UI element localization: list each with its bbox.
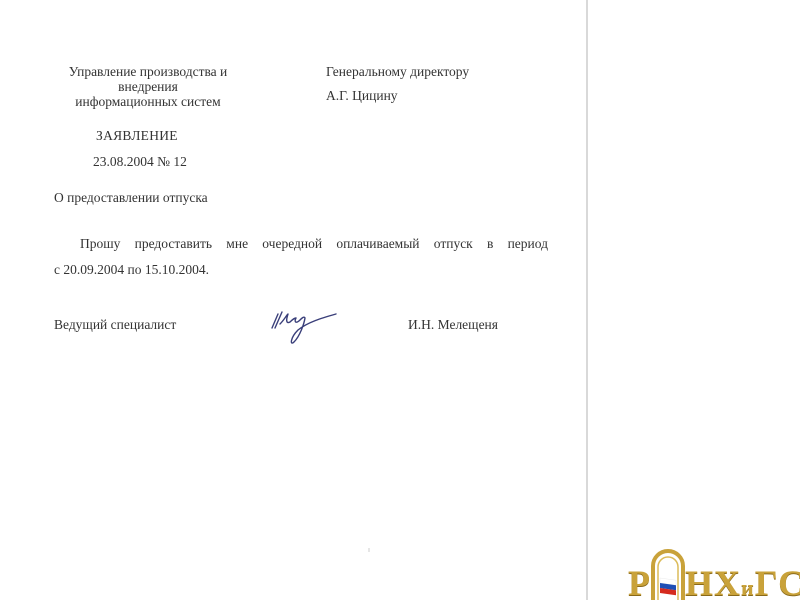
department-line: внедрения [48, 79, 248, 94]
body-text-line1: Прошу предоставить мне очередной оплачив… [54, 236, 548, 252]
department-line: информационных систем [48, 94, 248, 109]
logo-letters: НХ [685, 563, 741, 600]
document-page: Управление производства и внедрения инфо… [0, 0, 588, 600]
addressee-name: А.Г. Цицину [326, 88, 398, 104]
logo-letter: Р [628, 563, 651, 600]
department-block: Управление производства и внедрения инфо… [48, 64, 248, 109]
document-date-number: 23.08.2004 № 12 [93, 154, 187, 170]
body-text-line2: с 20.09.2004 по 15.10.2004. [54, 262, 209, 278]
document-title: ЗАЯВЛЕНИЕ [96, 128, 178, 144]
document-subject: О предоставлении отпуска [54, 190, 208, 206]
addressee-title: Генеральному директору [326, 64, 469, 80]
arch-flag-icon [651, 548, 685, 600]
logo-letter-small: и [741, 575, 755, 600]
department-line: Управление производства и [48, 64, 248, 79]
signer-name: И.Н. Мелещеня [408, 317, 498, 333]
logo-letters-end: ГС [755, 563, 800, 600]
scan-speck [368, 548, 370, 552]
signer-position: Ведущий специалист [54, 317, 176, 333]
signature-icon [268, 306, 340, 348]
ranepa-logo: РНХиГС [628, 548, 800, 600]
